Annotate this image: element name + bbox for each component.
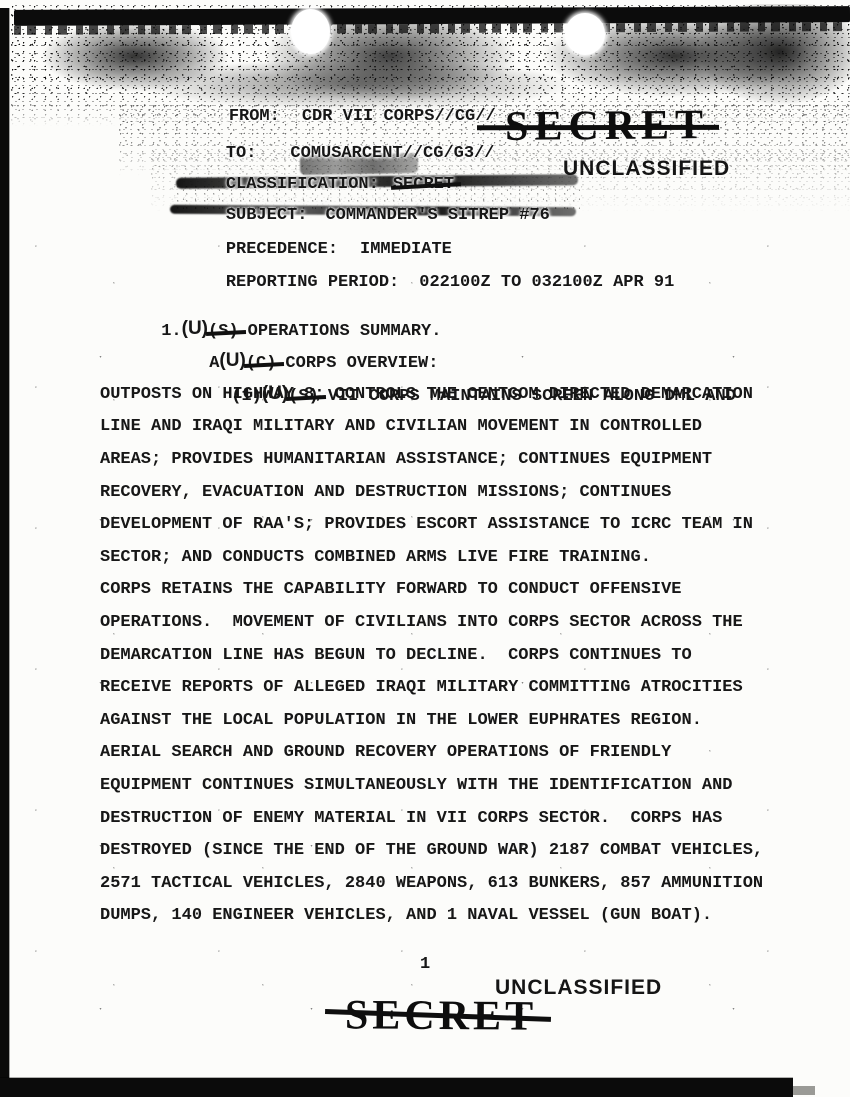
body-line: 2571 TACTICAL VEHICLES, 2840 WEAPONS, 61… bbox=[100, 868, 800, 901]
body-line: RECOVERY, EVACUATION AND DESTRUCTION MIS… bbox=[100, 477, 800, 510]
punch-hole-left bbox=[291, 9, 330, 54]
section-title: OPERATIONS SUMMARY. bbox=[248, 322, 442, 341]
body-line: DESTRUCTION OF ENEMY MATERIAL IN VII COR… bbox=[100, 803, 800, 836]
scan-dark-stripe bbox=[14, 6, 850, 26]
unclassified-stamp-top: UNCLASSIFIED bbox=[563, 157, 730, 181]
from-label: FROM: bbox=[229, 107, 280, 126]
body-line: RECEIVE REPORTS OF ALLEGED IRAQI MILITAR… bbox=[100, 672, 800, 705]
section-1-heading: 1.(U)(S)OPERATIONS SUMMARY. bbox=[100, 281, 800, 314]
punch-hole-right bbox=[565, 13, 605, 55]
body-line: DEMARCATION LINE HAS BEGUN TO DECLINE. C… bbox=[100, 640, 800, 673]
body-line: SECTOR; AND CONDUCTS COMBINED ARMS LIVE … bbox=[100, 542, 800, 575]
struck-classification-marking: (S) bbox=[288, 381, 319, 414]
body-line: EQUIPMENT CONTINUES SIMULTANEOUSLY WITH … bbox=[100, 770, 800, 803]
u-marking: (U) bbox=[219, 350, 245, 371]
section-title: CORPS OVERVIEW: bbox=[285, 354, 438, 373]
struck-classification-marking: (S) bbox=[208, 316, 239, 349]
section-number: A bbox=[209, 354, 219, 373]
body-line: DEVELOPMENT OF RAA'S; PROVIDES ESCORT AS… bbox=[100, 509, 800, 542]
body-line: DUMPS, 140 ENGINEER VEHICLES, AND 1 NAVA… bbox=[100, 900, 800, 933]
page-number: 1 bbox=[420, 955, 430, 974]
body-line: AREAS; PROVIDES HUMANITARIAN ASSISTANCE;… bbox=[100, 444, 800, 477]
section-number: 1. bbox=[161, 322, 181, 341]
scan-edge-left-bar bbox=[0, 8, 9, 1097]
body-line: AERIAL SEARCH AND GROUND RECOVERY OPERAT… bbox=[100, 737, 800, 770]
body-line: OPERATIONS. MOVEMENT OF CIVILIANS INTO C… bbox=[100, 607, 800, 640]
secret-stamp-top: SECRET bbox=[505, 101, 709, 151]
document-body: 1.(U)(S)OPERATIONS SUMMARY. A(U)(C)CORPS… bbox=[100, 281, 800, 933]
u-marking: (U) bbox=[182, 318, 208, 339]
scan-edge-bottom-bar-tail bbox=[793, 1086, 815, 1095]
from-value: CDR VII CORPS//CG// bbox=[302, 107, 496, 126]
body-line: OUTPOSTS ON HIGHWAY 8; CONTROLS THE CENT… bbox=[100, 379, 800, 412]
body-line: AGAINST THE LOCAL POPULATION IN THE LOWE… bbox=[100, 705, 800, 738]
body-line: LINE AND IRAQI MILITARY AND CIVILIAN MOV… bbox=[100, 411, 800, 444]
scan-edge-bottom-bar bbox=[0, 1078, 793, 1097]
body-line: DESTROYED (SINCE THE END OF THE GROUND W… bbox=[100, 835, 800, 868]
body-line: CORPS RETAINS THE CAPABILITY FORWARD TO … bbox=[100, 574, 800, 607]
document-page: FROM:CDR VII CORPS//CG// TO:COMUSARCENT/… bbox=[0, 0, 850, 1097]
secret-stamp-bottom: SECRET bbox=[345, 991, 537, 1040]
declassification-strike-line bbox=[477, 125, 719, 130]
struck-classification-marking: (C) bbox=[246, 348, 277, 381]
u-marking: (U) bbox=[262, 383, 288, 404]
